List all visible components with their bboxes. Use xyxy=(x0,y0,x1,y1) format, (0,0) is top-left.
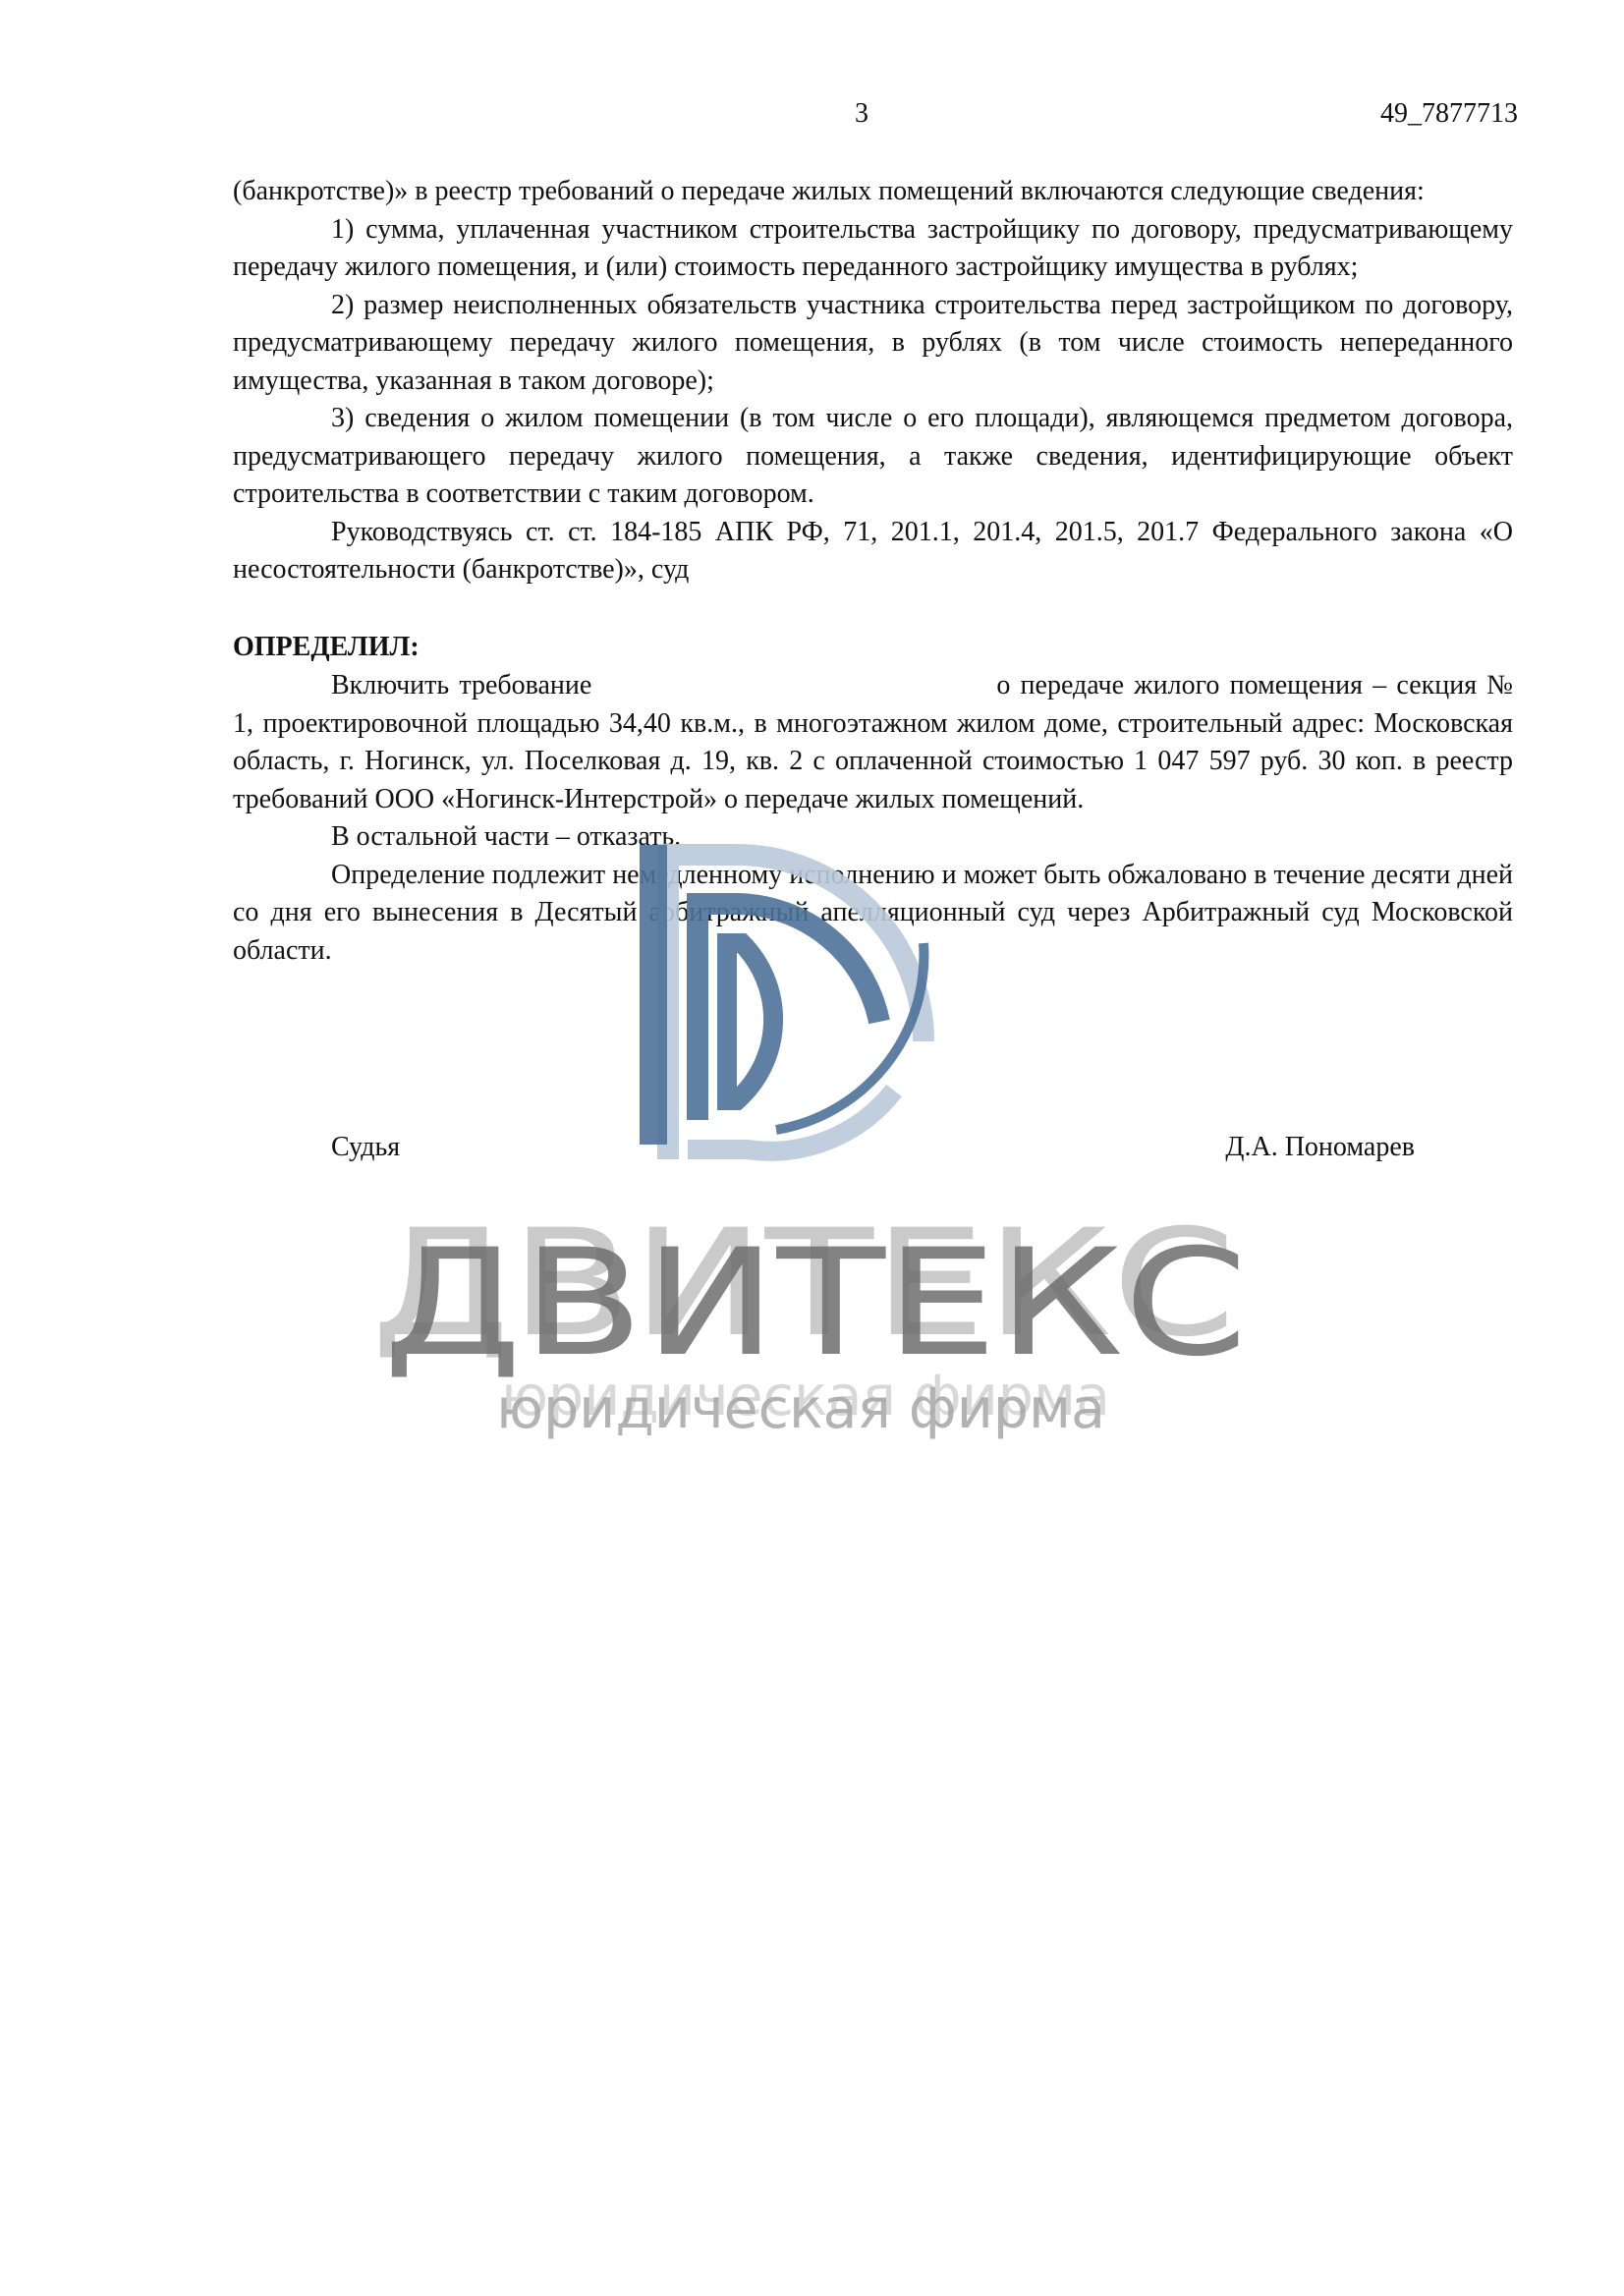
ruling-paragraph: В остальной части – отказать. xyxy=(233,818,1513,857)
paragraph: 2) размер неисполненных обязательств уча… xyxy=(233,287,1513,401)
svg-text:ДВИТЕКС: ДВИТЕКС xyxy=(383,1218,1248,1389)
signature-role: Судья xyxy=(331,1132,400,1163)
signature-name: Д.А. Пономарев xyxy=(1225,1132,1415,1163)
paragraph: 1) сумма, уплаченная участником строител… xyxy=(233,211,1513,287)
ruling-paragraph: Включить требованиео передаче жилого пом… xyxy=(233,667,1513,818)
paragraph: (банкротстве)» в реестр требований о пер… xyxy=(233,173,1513,211)
document-page: 3 49_7877713 (банкротстве)» в реестр тре… xyxy=(0,0,1624,2296)
svg-text:юридическая фирма: юридическая фирма xyxy=(496,1377,1105,1441)
ruling-paragraph: Определение подлежит немедленному исполн… xyxy=(233,857,1513,971)
document-id: 49_7877713 xyxy=(1380,98,1518,130)
page-number: 3 xyxy=(855,98,868,130)
ruling-text-start: Включить требование xyxy=(331,670,591,700)
signature-block: Судья Д.А. Пономарев xyxy=(331,1132,1415,1163)
paragraph: Руководствуясь ст. ст. 184-185 АПК РФ, 7… xyxy=(233,514,1513,589)
paragraph: 3) сведения о жилом помещении (в том чис… xyxy=(233,400,1513,514)
svg-text:ДВИТЕКС: ДВИТЕКС xyxy=(371,1199,1236,1370)
ruling-title: ОПРЕДЕЛИЛ: xyxy=(233,629,1513,667)
document-body: (банкротстве)» в реестр требований о пер… xyxy=(233,173,1513,970)
svg-text:юридическая фирма: юридическая фирма xyxy=(501,1365,1110,1428)
brand-watermark: ДВИТЕКС ДВИТЕКС юридическая фирма юридич… xyxy=(354,1189,1287,1444)
